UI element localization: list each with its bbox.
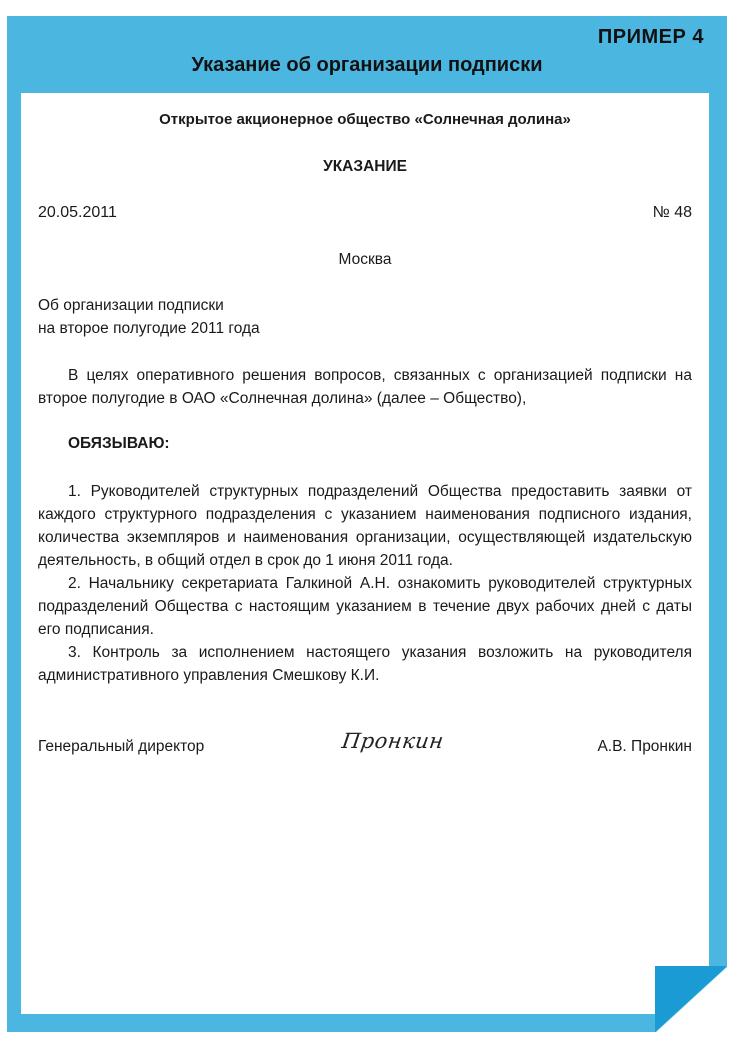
order-item: 2. Начальнику секретариата Галкиной А.Н.…	[38, 572, 692, 641]
signer-name: А.В. Пронкин	[597, 735, 692, 758]
document-date: 20.05.2011	[38, 201, 117, 224]
document-sheet: Открытое акционерное общество «Солнечная…	[21, 93, 709, 1014]
order-word: ОБЯЗЫВАЮ:	[68, 432, 170, 455]
order-item: 1. Руководителей структурных подразделен…	[38, 480, 692, 572]
subject-line-2: на второе полугодие 2011 года	[38, 317, 260, 340]
order-items: 1. Руководителей структурных подразделен…	[38, 480, 692, 687]
document-number: № 48	[653, 201, 692, 224]
organization-name: Открытое акционерное общество «Солнечная…	[38, 108, 692, 131]
order-item: 3. Контроль за исполнением настоящего ук…	[38, 641, 692, 687]
signer-position: Генеральный директор	[38, 735, 204, 758]
example-label: ПРИМЕР 4	[598, 26, 704, 49]
handwritten-signature: Пронкин	[340, 730, 445, 753]
document-city: Москва	[38, 248, 692, 271]
frame-title: Указание об организации подписки	[7, 54, 727, 77]
date-number-row: 20.05.2011 № 48	[38, 201, 692, 224]
signature-block: Генеральный директор Пронкин А.В. Пронки…	[38, 733, 692, 763]
subject-line-1: Об организации подписки	[38, 294, 260, 317]
document-type-heading: УКАЗАНИЕ	[38, 155, 692, 178]
preamble-paragraph: В целях оперативного решения вопросов, с…	[38, 364, 692, 410]
document-subject: Об организации подписки на второе полуго…	[38, 294, 260, 340]
